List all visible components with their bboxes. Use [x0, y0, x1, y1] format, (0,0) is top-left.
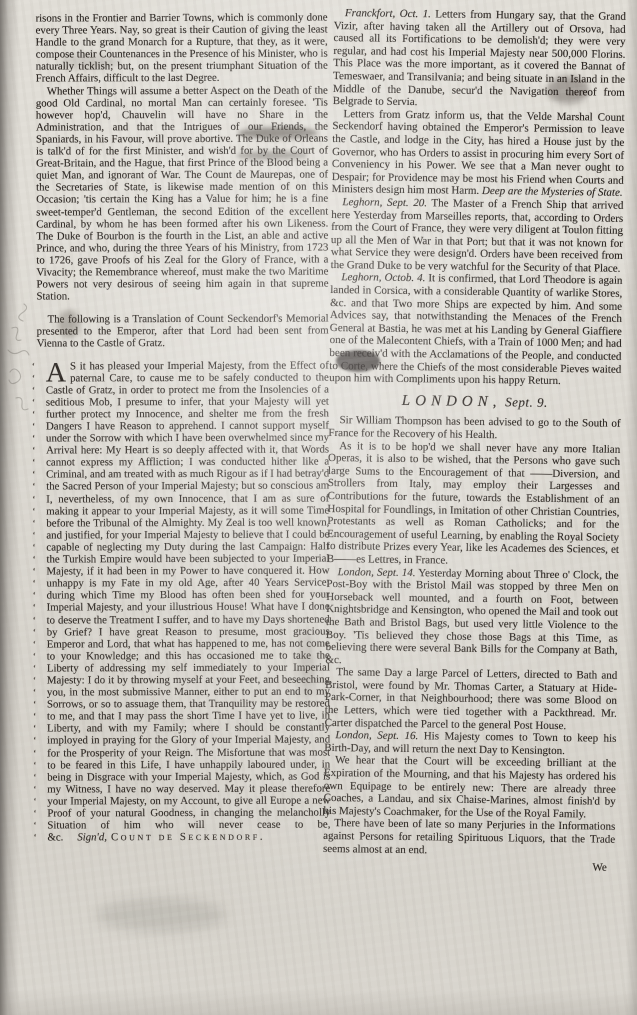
scan-left-edge-shadow: [0, 0, 20, 1015]
news-body: Yesterday Morning about Three o' Clock, …: [325, 567, 618, 666]
heading-date: Sept. 9.: [501, 394, 548, 410]
news-item-gratz: Letters from Gratz inform us, that the V…: [332, 108, 625, 200]
news-body: Letters from Gratz inform us, that the V…: [332, 108, 625, 197]
newspaper-page-scan: risons in the Frontier and Barrier Towns…: [0, 0, 637, 1015]
quote-mark-column: ‘ ‘ ‘ ‘ ‘ ‘ ‘ ‘ ‘ ‘ ‘ ‘ ‘ ‘ ‘ ‘ ‘ ‘ ‘ ‘ …: [32, 361, 37, 845]
news-item-franckfort: Franckfort, Oct. 1. Letters from Hungary…: [333, 7, 626, 112]
drop-cap-letter: A: [46, 360, 70, 384]
dateline-leghorn-oct4: Leghorn, Octob. 4.: [341, 272, 425, 285]
news-body: Letters from Hungary say, that the Grand…: [333, 8, 626, 108]
news-item-letters-found: The same Day a large Parcel of Letters, …: [325, 666, 618, 733]
news-item-bristol-mail: London, Sept. 14. Yesterday Morning abou…: [325, 565, 618, 670]
news-item-leghorn-sept20: Leghorn, Sept. 20. The Master of a Frenc…: [331, 196, 624, 275]
section-heading-london: LONDON, Sept. 9.: [329, 394, 621, 411]
heading-city: LONDON,: [402, 393, 502, 410]
italic-aphorism: Deep are the Mysteries of State.: [482, 185, 623, 199]
left-column: risons in the Frontier and Barrier Towns…: [36, 11, 331, 843]
news-item-leghorn-oct4: Leghorn, Octob. 4. It is confirmed, that…: [329, 271, 622, 388]
memorial-paragraph: AS it has pleased your Imperial Majesty,…: [46, 359, 331, 844]
memorial-block: ‘ ‘ ‘ ‘ ‘ ‘ ‘ ‘ ‘ ‘ ‘ ‘ ‘ ‘ ‘ ‘ ‘ ‘ ‘ ‘ …: [37, 359, 331, 844]
paragraph-frontier-towns: risons in the Frontier and Barrier Towns…: [36, 11, 328, 85]
news-item-perjuries: There have been of late so many Perjurie…: [323, 817, 615, 859]
signature-lead: Sign'd,: [77, 831, 107, 843]
dateline-leghorn-sept20: Leghorn, Sept. 20.: [342, 196, 427, 209]
paragraph-cardinal-succession: Whether Things will assume a better Aspe…: [36, 84, 329, 303]
news-body: The Master of a French Ship that arrived…: [331, 197, 624, 275]
memorial-body-text: S it has pleased your Imperial Majesty, …: [46, 359, 331, 844]
paragraph-memorial-announcement: The following is a Translation of Count …: [37, 313, 329, 350]
scan-bottom-edge-shadow: [0, 989, 637, 1015]
ink-blot: [96, 898, 226, 932]
dateline-london-sept16: London, Sept. 16.: [335, 729, 418, 742]
catchword: We: [323, 858, 615, 874]
scan-right-edge-shadow: [625, 0, 637, 1015]
news-item-thompson: Sir William Thompson has been advised to…: [328, 414, 620, 443]
dateline-london-sept14: London, Sept. 14.: [338, 566, 416, 579]
news-body: It is confirmed, that Lord Theodore is a…: [329, 273, 622, 388]
right-column: Franckfort, Oct. 1. Letters from Hungary…: [323, 7, 626, 875]
signature-name: Count de Seckendorf.: [111, 831, 265, 844]
news-item-birthday: London, Sept. 16. His Majesty comes to T…: [324, 729, 616, 758]
dateline-franckfort: Franckfort, Oct. 1.: [345, 7, 431, 20]
news-item-court-equipage: We hear that the Court will be exceeding…: [323, 754, 616, 821]
news-item-operas-hospital: As it is to be hop'd we shall never have…: [327, 440, 621, 570]
